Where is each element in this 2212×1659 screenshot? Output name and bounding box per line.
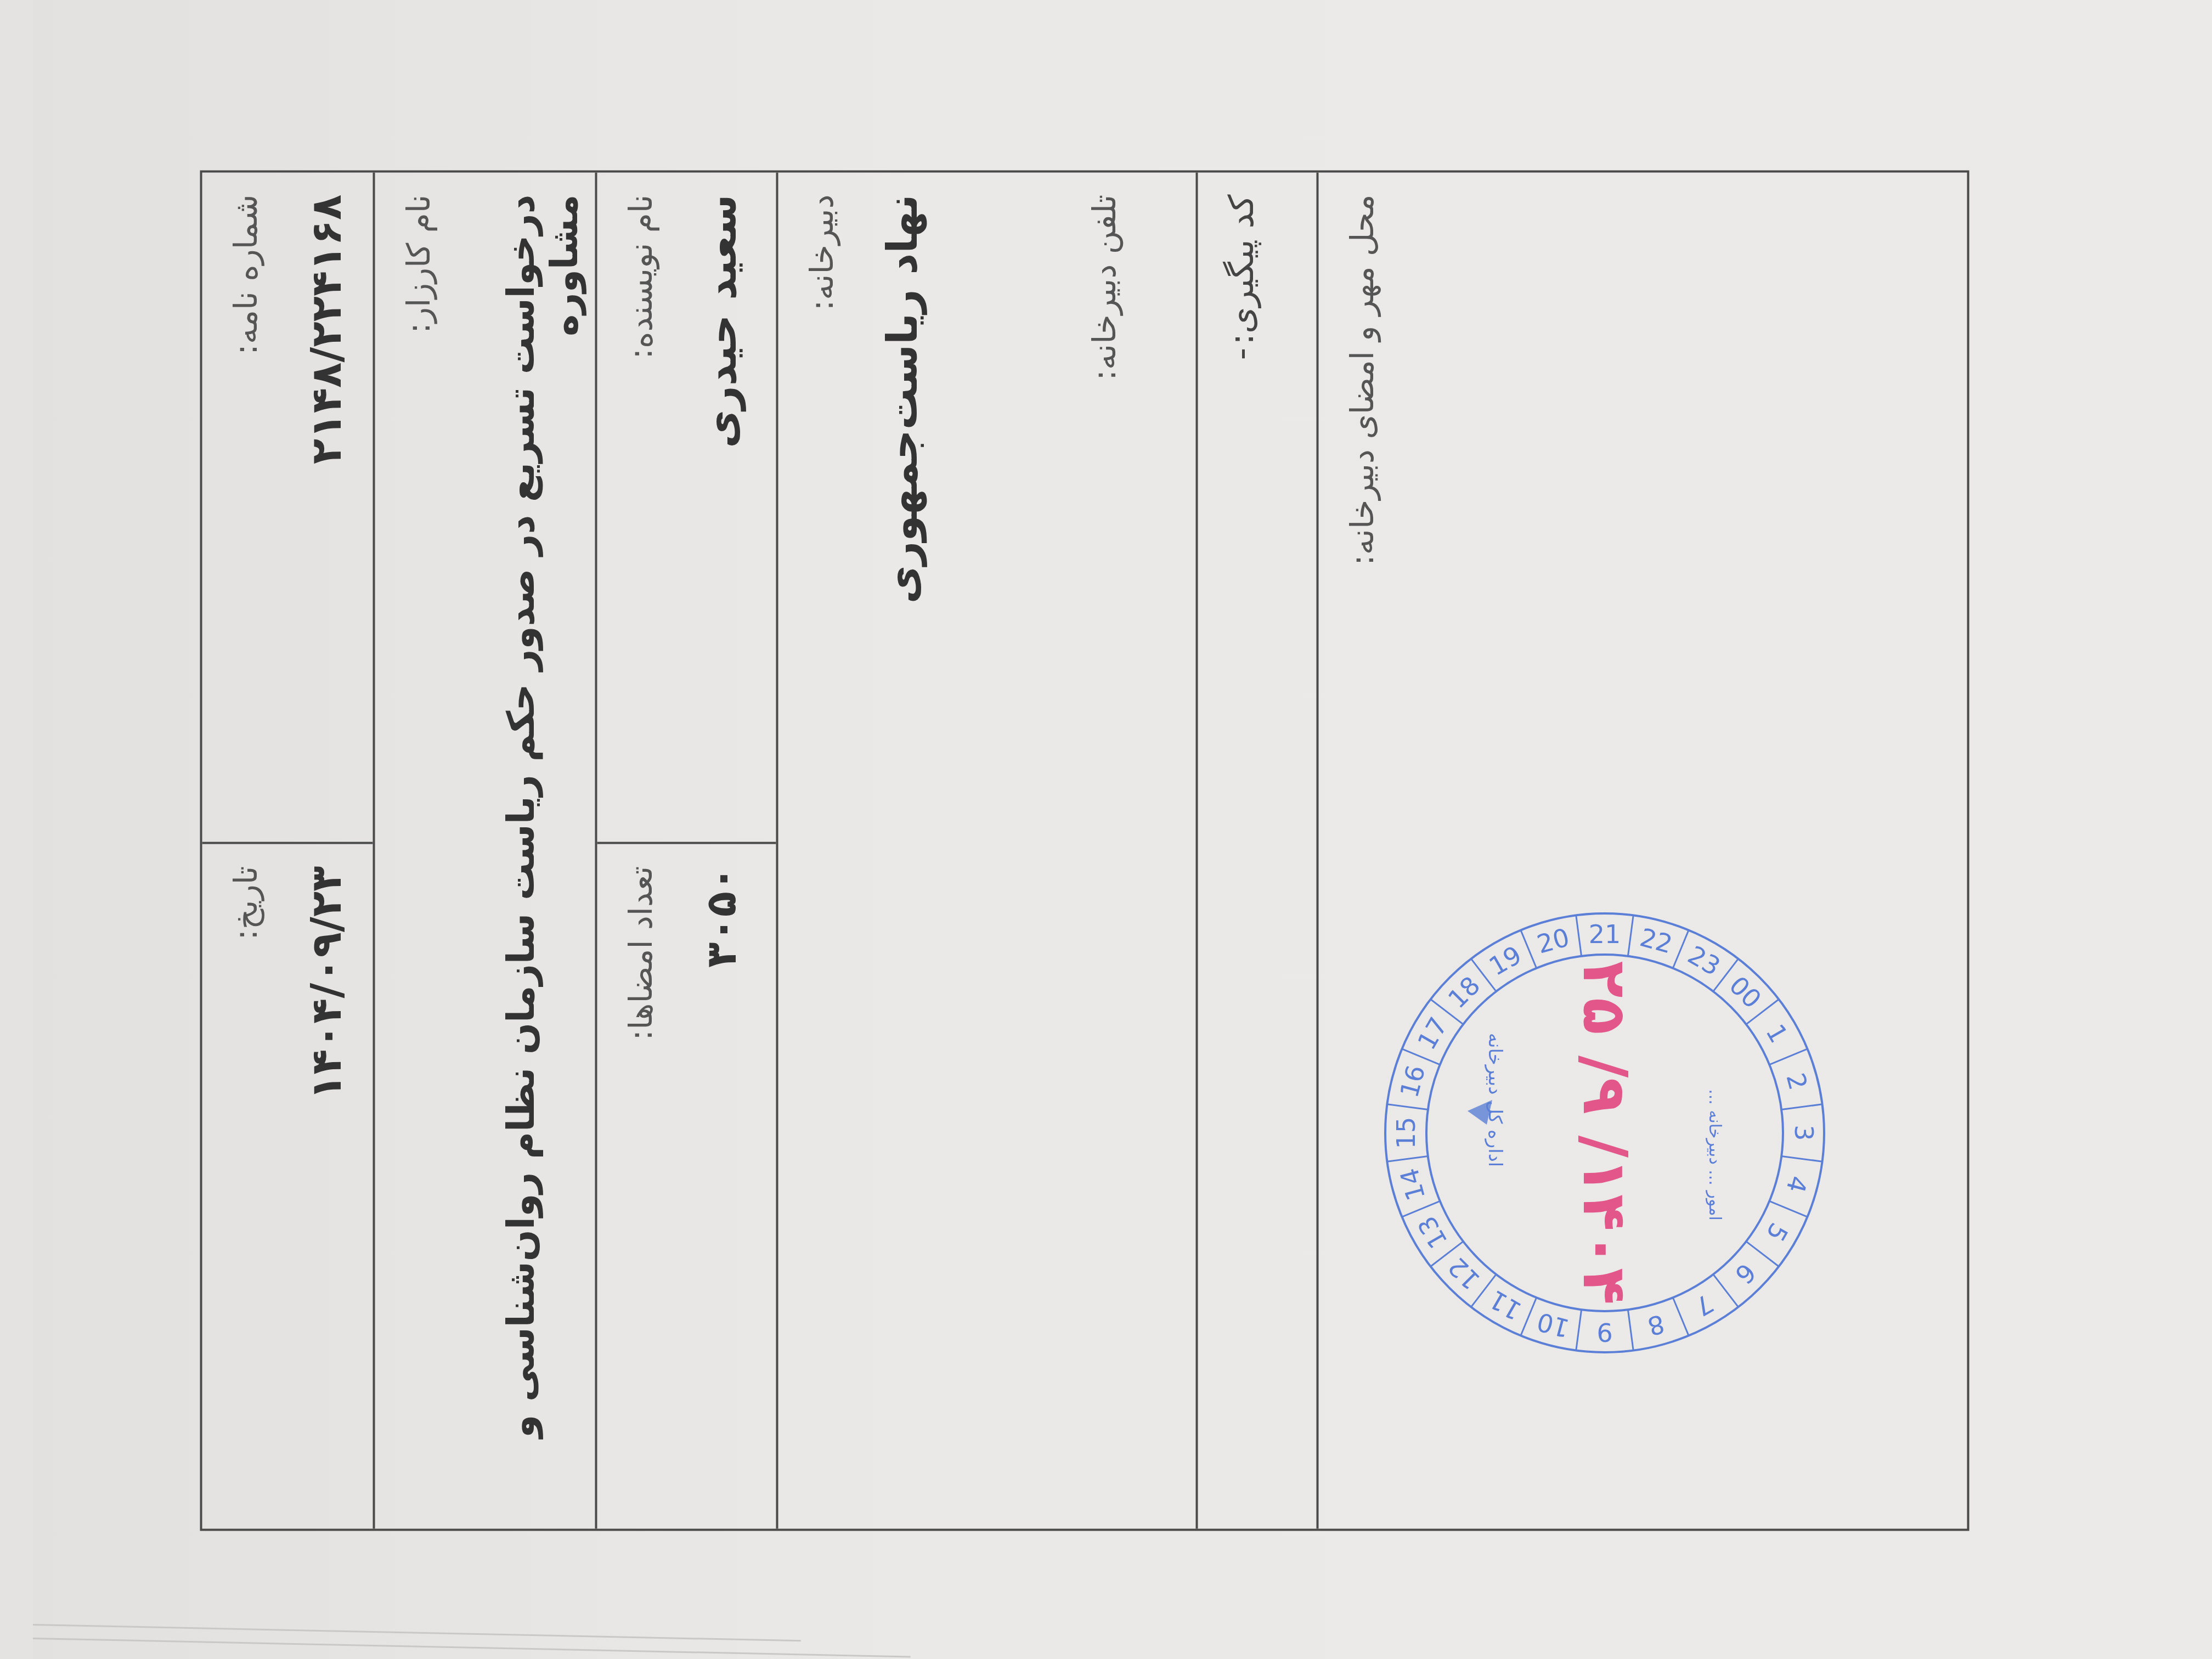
secretariat-label: دبیرخانه: <box>802 195 843 1507</box>
paper-edge <box>33 1624 801 1641</box>
row-tracking: کد پیگیری: - <box>1198 173 1319 1529</box>
stamp-hour-label: 20 <box>1534 922 1573 959</box>
stamp-date: ۱۴۰۴/ ۹/ ۲۵ <box>1570 961 1640 1305</box>
campaign-cell: نام کارزار: درخواست تسریع در صدور حکم ری… <box>375 173 595 1529</box>
stamp-hour-label: 8 <box>1645 1308 1668 1341</box>
stamp-hour-label: 4 <box>1780 1173 1813 1196</box>
row-secretariat: دبیرخانه: نهاد ریاست‌جمهوری تلفن دبیرخان… <box>778 173 1198 1529</box>
stamp-hour-label: 9 <box>1596 1317 1612 1347</box>
stamp-hour-label: 10 <box>1534 1306 1573 1343</box>
stamp-hour-label: 6 <box>1729 1257 1762 1290</box>
stamp-hour-label: 22 <box>1637 922 1676 959</box>
stamp-hour-label: 14 <box>1394 1165 1431 1204</box>
tracking-cell: کد پیگیری: - <box>1198 173 1317 1529</box>
row-number-date: شماره نامه: ۲۱۴۸/۲۲۴۱۶۸ تاریخ: ۱۴۰۴/۰۹/۲… <box>202 173 375 1529</box>
stamp-org-line: امور ... دبیرخانه ... <box>1705 1089 1724 1221</box>
row-author-signatures: نام نویسنده: سعید حیدری تعداد امضاها: ۳۰… <box>597 173 778 1529</box>
tracking-label: کد پیگیری: <box>1221 195 1261 345</box>
stamp-org-line: اداره کل دبیرخانه <box>1484 1033 1506 1167</box>
campaign-label: نام کارزار: <box>398 195 439 1507</box>
secretariat-cell: دبیرخانه: نهاد ریاست‌جمهوری تلفن دبیرخان… <box>778 173 1196 1529</box>
author-cell: نام نویسنده: سعید حیدری <box>597 173 776 842</box>
stamp-hour-label: 3 <box>1789 1125 1819 1141</box>
stamp-hour-label: 5 <box>1760 1218 1793 1246</box>
stamp-hour-label: 21 <box>1589 919 1621 949</box>
author-value: سعید حیدری <box>695 195 749 820</box>
date-value: ۱۴۰۴/۰۹/۲۳ <box>300 866 354 1507</box>
stamp-hour-label: 7 <box>1690 1288 1718 1322</box>
secretariat-value: نهاد ریاست‌جمهوری <box>876 195 930 1507</box>
tracking-value: - <box>1221 348 1261 360</box>
secretariat-phone-label: تلفن دبیرخانه: <box>1086 195 1123 381</box>
letter-number-value: ۲۱۴۸/۲۲۴۱۶۸ <box>300 195 354 820</box>
signature-count-label: تعداد امضاها: <box>620 866 662 1507</box>
stamp-hour-label: 15 <box>1391 1117 1421 1149</box>
signature-count-cell: تعداد امضاها: ۳۰۵۰ <box>597 842 776 1529</box>
stamp-hour-label: 1 <box>1760 1019 1793 1048</box>
author-label: نام نویسنده: <box>620 195 662 820</box>
stamp-hour-label: 2 <box>1780 1070 1813 1093</box>
stamp-hour-label: 16 <box>1394 1062 1431 1101</box>
letter-number-label: شماره نامه: <box>225 195 267 820</box>
secretariat-stamp: 001234567891011121314151617181920212223 … <box>1372 900 1838 1366</box>
stamp-graphic: 001234567891011121314151617181920212223 … <box>1372 900 1838 1366</box>
date-cell: تاریخ: ۱۴۰۴/۰۹/۲۳ <box>202 842 373 1529</box>
row-campaign: نام کارزار: درخواست تسریع در صدور حکم ری… <box>375 173 597 1529</box>
signature-count-value: ۳۰۵۰ <box>695 866 749 1507</box>
date-label: تاریخ: <box>225 866 267 1507</box>
letter-number-cell: شماره نامه: ۲۱۴۸/۲۲۴۱۶۸ <box>202 173 373 842</box>
campaign-title: درخواست تسریع در صدور حکم ریاست سازمان ن… <box>500 195 586 1507</box>
